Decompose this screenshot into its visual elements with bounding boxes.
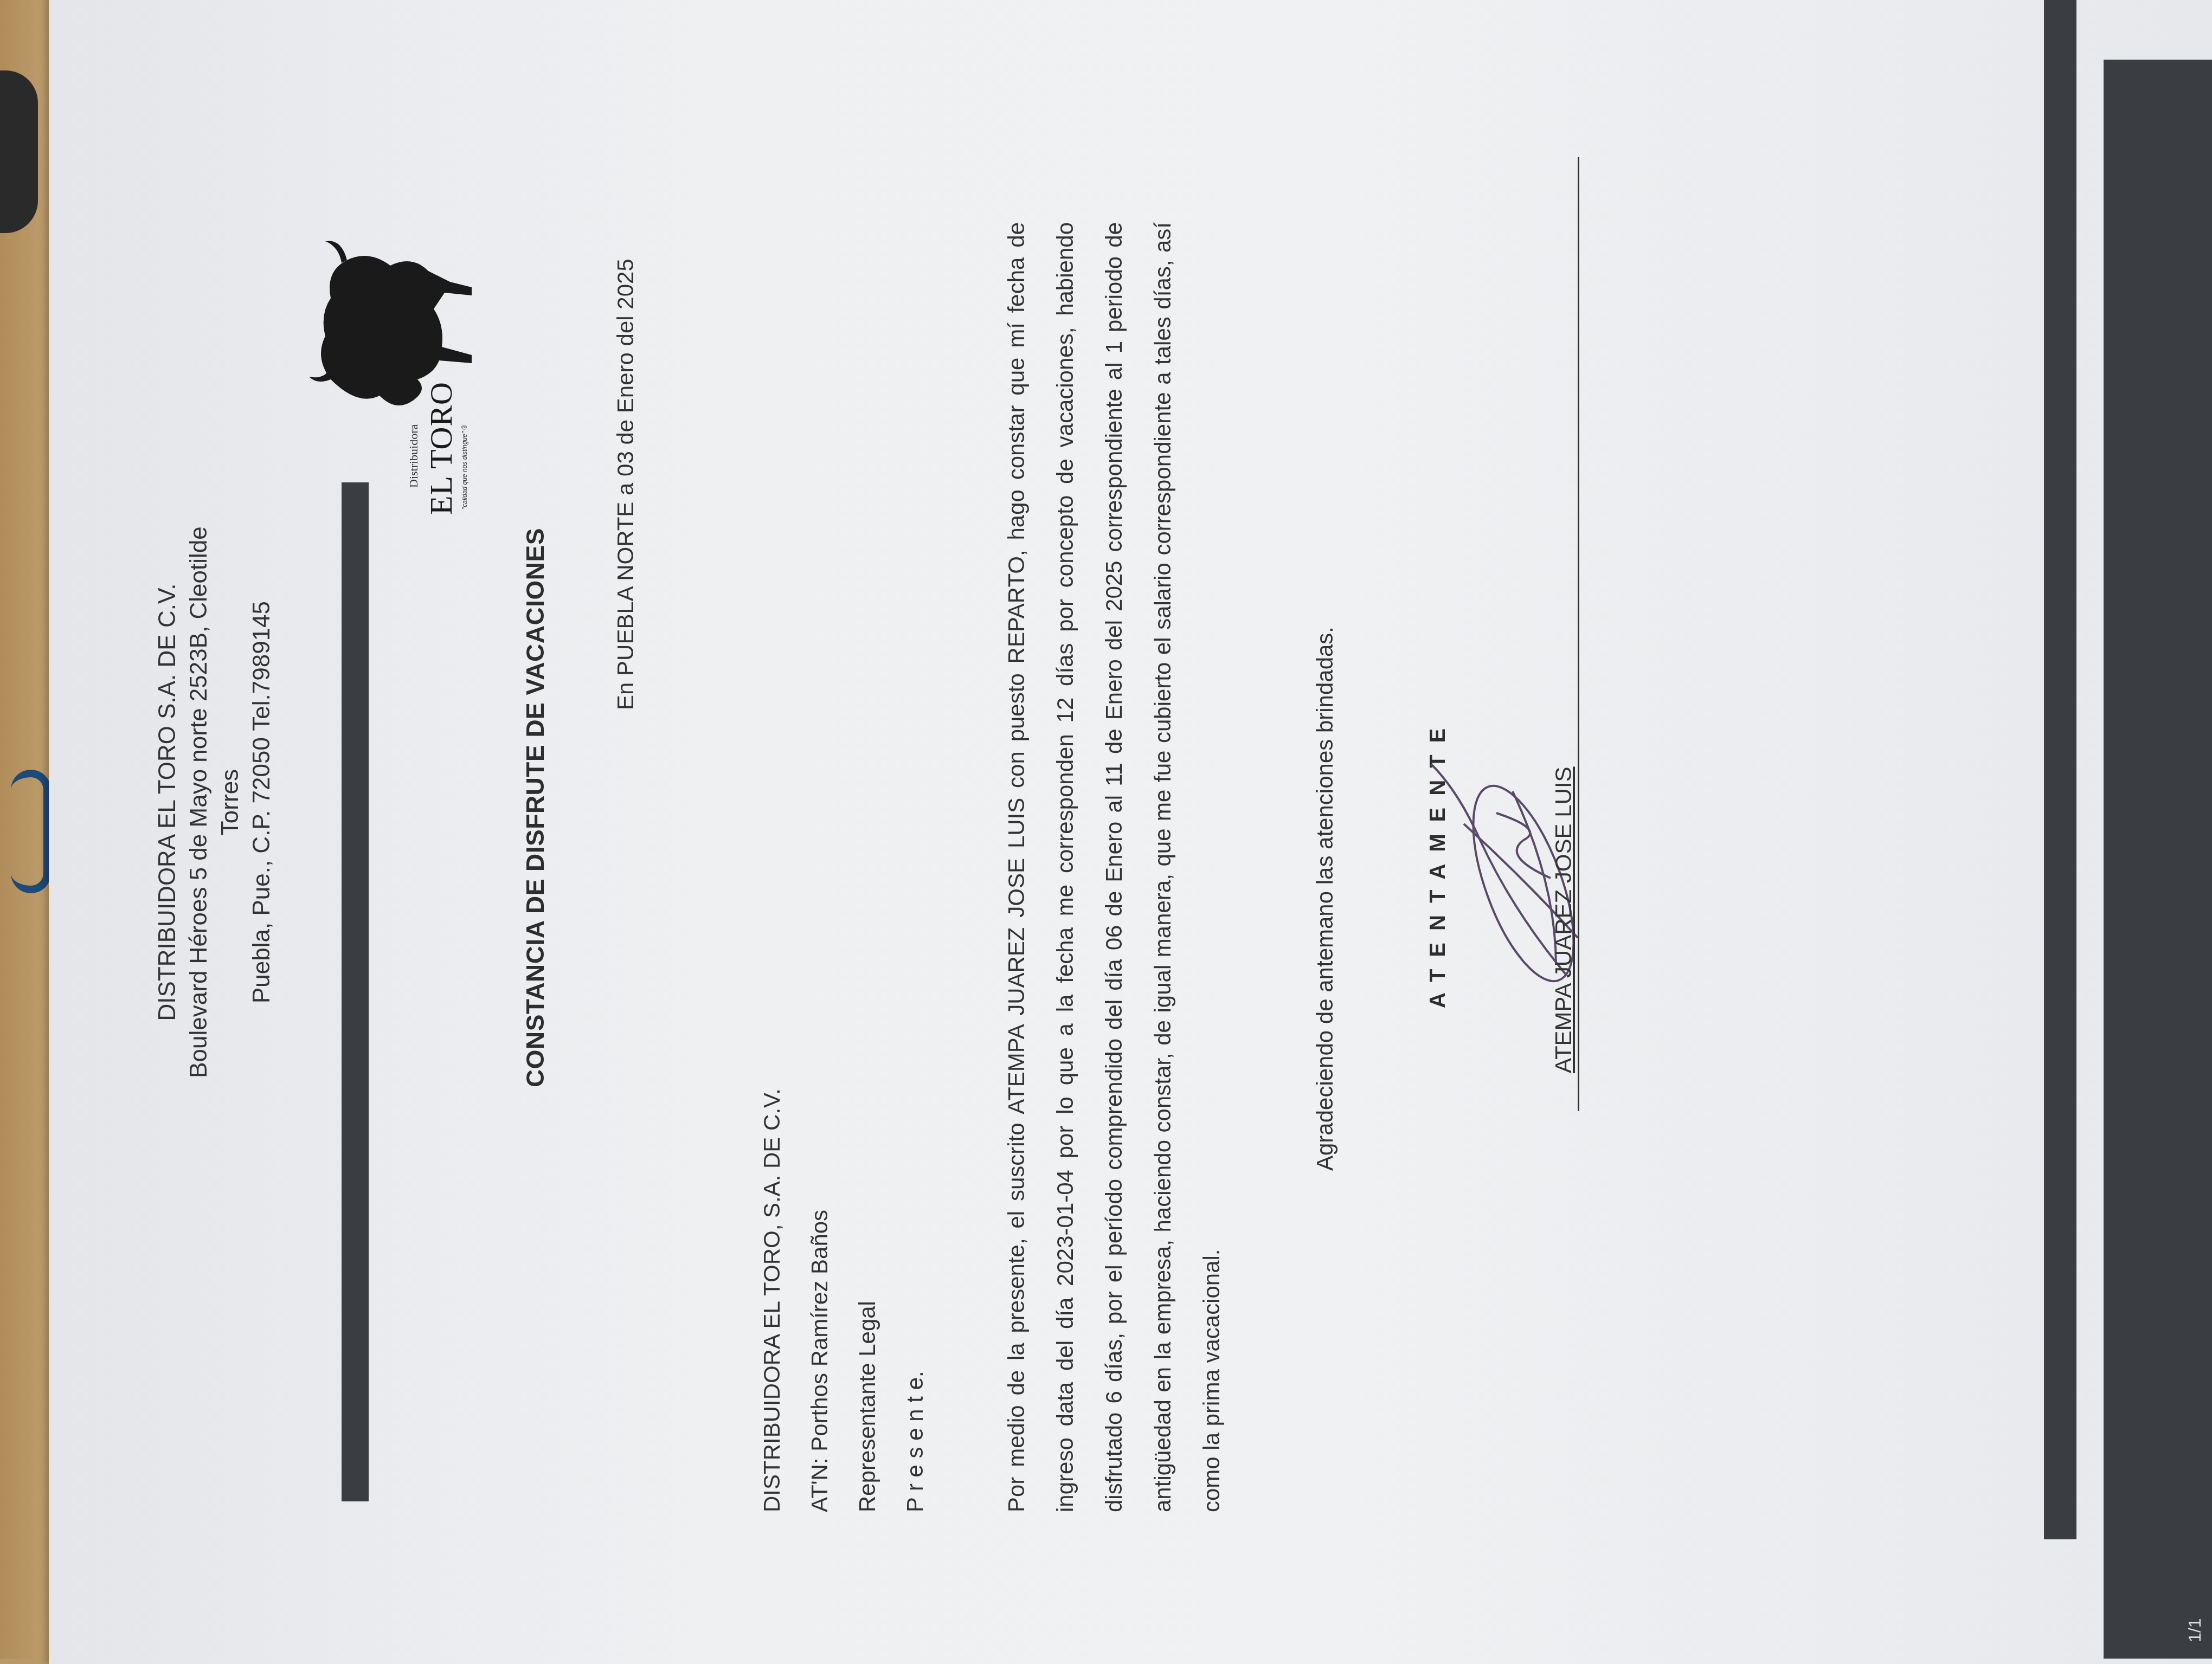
company-address: Boulevard Héroes 5 de Mayo norte 2523B, … (183, 504, 246, 1100)
signature-line (1578, 157, 1579, 1111)
recipient-attn: AT'N: Porthos Ramírez Baños (796, 1088, 844, 1512)
page-number: 1/1 (2185, 1618, 2205, 1642)
document-title: CONSTANCIA DE DISFRUTE DE VACACIONES (520, 455, 550, 1160)
company-name: DISTRIBUIDORA EL TORO S.A. DE C.V. (152, 504, 183, 1100)
logo-brand: EL TORO (423, 382, 459, 515)
header-bar-segment (342, 547, 369, 580)
place-date: En PUEBLA NORTE a 03 de Enero del 2025 (613, 259, 639, 710)
company-header: DISTRIBUIDORA EL TORO S.A. DE C.V. Boule… (152, 504, 278, 1100)
company-city: Puebla, Pue., C.P. 72050 Tel.7989145 (246, 504, 278, 1100)
footer-decorative-bar (2104, 60, 2212, 1659)
dark-object (0, 70, 38, 233)
footer-decorative-bar (2044, 0, 2076, 1539)
header-bar-segment (342, 602, 369, 650)
recipient-role: Representante Legal (844, 1088, 891, 1512)
body-paragraph: Por medio de la presente, el suscrito AT… (992, 222, 1236, 1512)
recipient-block: DISTRIBUIDORA EL TORO, S.A. DE C.V. AT'N… (748, 1088, 939, 1512)
document-page: DISTRIBUIDORA EL TORO S.A. DE C.V. Boule… (49, 0, 2212, 1659)
recipient-presente: P r e s e n t e. (891, 1088, 939, 1512)
signer-name: ATEMPA JUAREZ JOSE LUIS (1551, 766, 1577, 1073)
logo-tagline: "calidad que nos distingue" ® (461, 425, 468, 509)
recipient-company: DISTRIBUIDORA EL TORO, S.A. DE C.V. (748, 1088, 796, 1512)
closing-thanks: Agradeciendo de antemano las atenciones … (1312, 627, 1338, 1171)
binder-clip (11, 770, 51, 893)
paper-sheet: DISTRIBUIDORA EL TORO S.A. DE C.V. Boule… (49, 0, 2212, 1659)
logo-small-text: Distribuidora (407, 424, 421, 488)
